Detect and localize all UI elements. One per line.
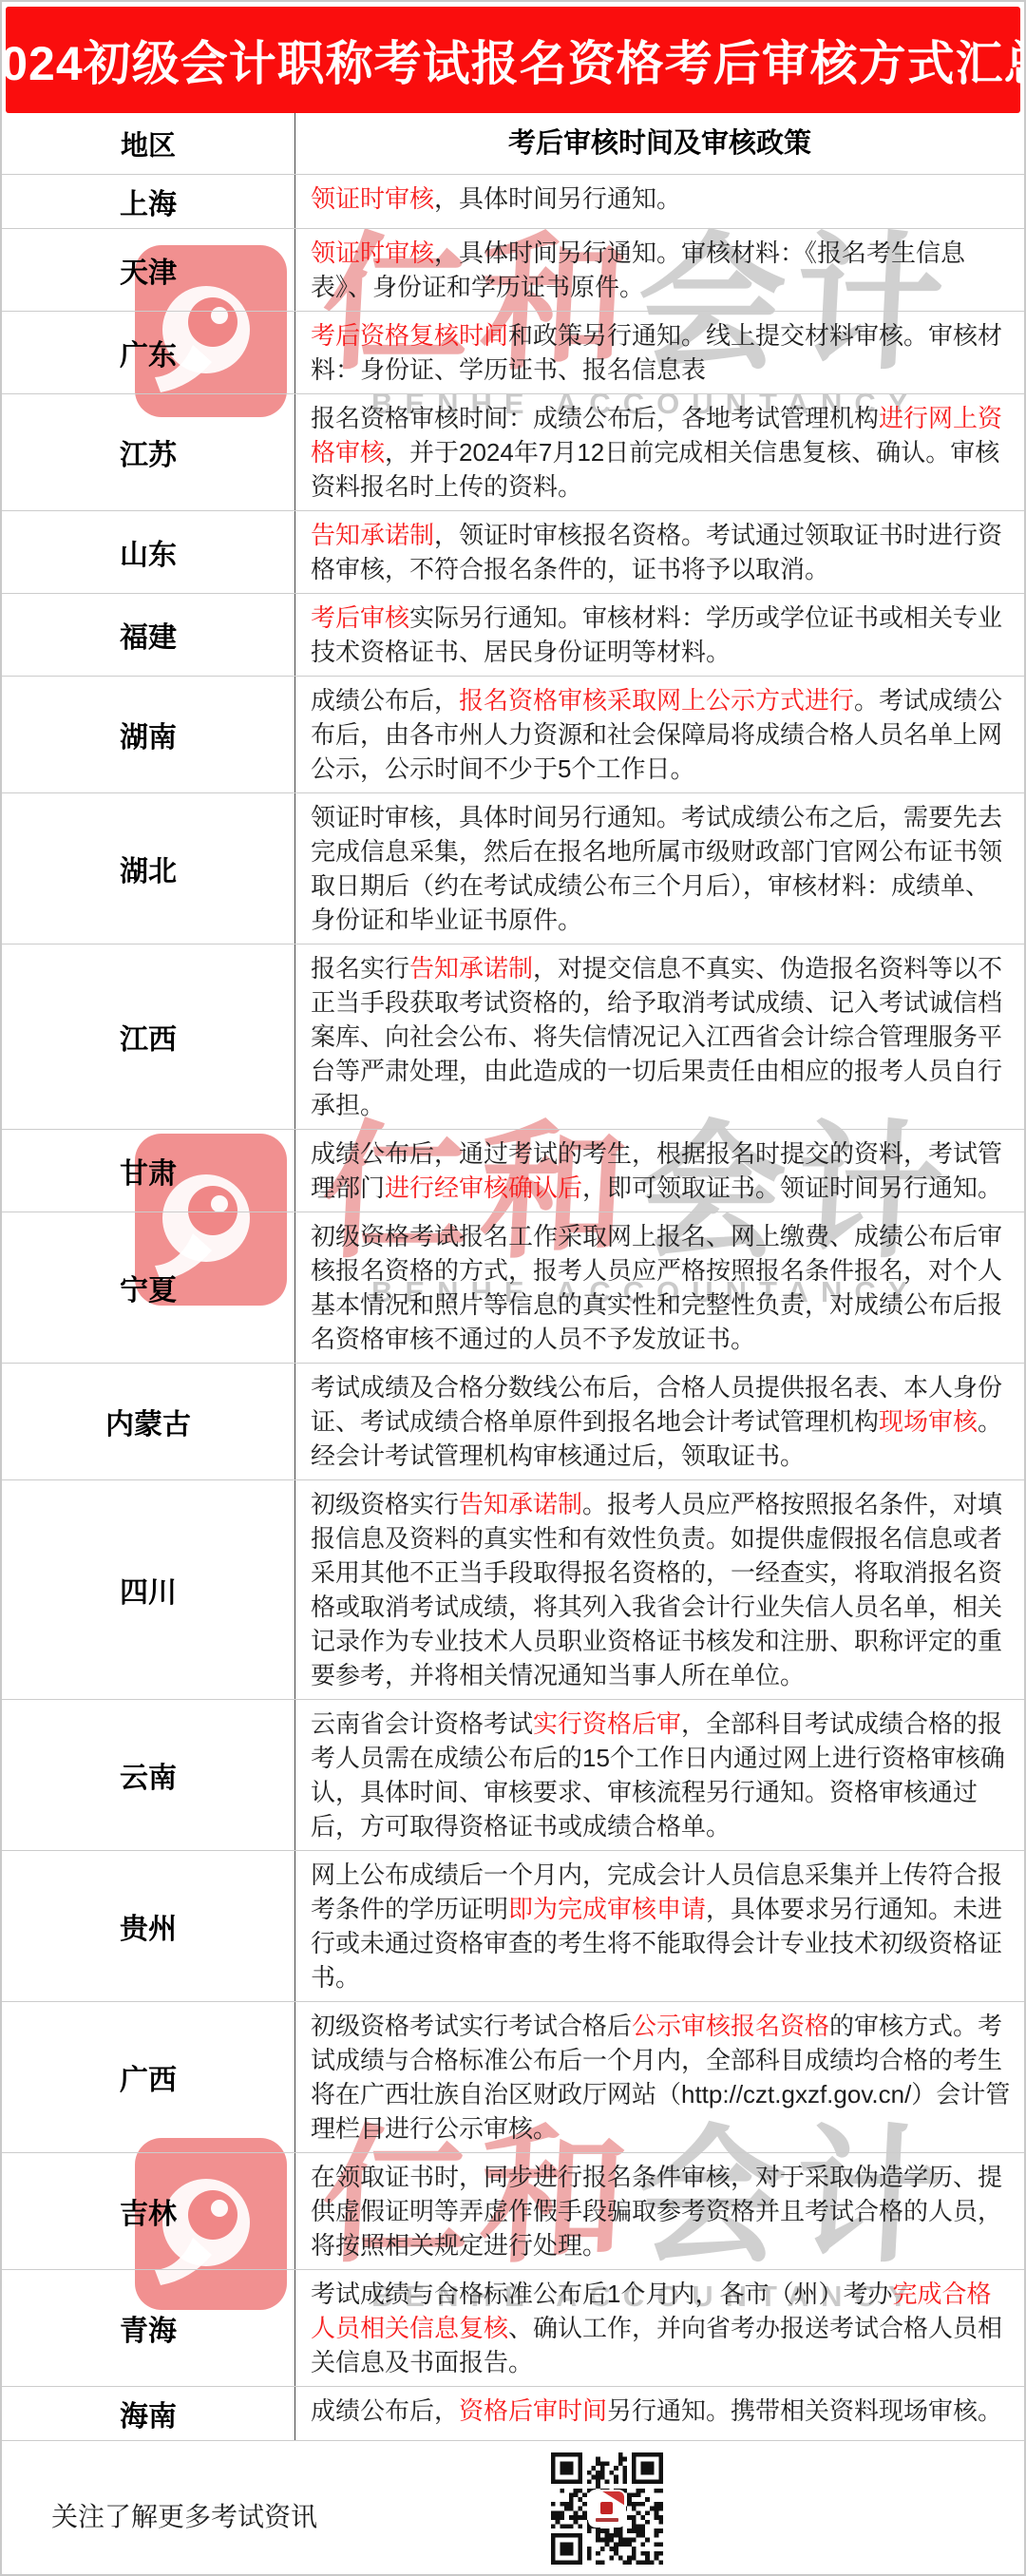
region-cell: 贵州 [2, 1851, 295, 2001]
renhe-app-badge-icon [590, 2491, 624, 2526]
policy-cell: 考试成绩及合格分数线公布后，合格人员提供报名表、本人身份证、考试成绩合格单原件到… [295, 1364, 1024, 1479]
table-row: 江西报名实行告知承诺制，对提交信息不真实、伪造报名资料等以不正当手段获取考试资格… [2, 945, 1024, 1130]
policy-cell: 成绩公布后，通过考试的考生，根据报名时提交的资料，考试管理部门进行经审核确认后，… [295, 1130, 1024, 1212]
policy-text-segment: 初级资格实行 [311, 1490, 459, 1518]
policy-cell: 考后资格复核时间和政策另行通知。线上提交材料审核。审核材料：身份证、学历证书、报… [295, 312, 1024, 393]
table-row: 山东告知承诺制，领证时审核报名资格。考试通过领取证书时进行资格审核，不符合报名条… [2, 511, 1024, 594]
region-cell: 山东 [2, 511, 295, 593]
footer-caption: 关注了解更多考试资讯 [51, 2496, 317, 2534]
policy-cell: 成绩公布后，资格后审时间另行通知。携带相关资料现场审核。 [295, 2387, 1024, 2440]
region-cell: 云南 [2, 1700, 295, 1850]
policy-text-segment: ，并于2024年7月12日前完成相关信患复核、确认。审核资料报名时上传的资料。 [311, 438, 999, 501]
table-row: 海南成绩公布后，资格后审时间另行通知。携带相关资料现场审核。 [2, 2387, 1024, 2441]
policy-text-segment: 报名资格审核时间：成绩公布后，各地考试管理机构 [311, 404, 879, 432]
policy-highlight: 考后审核 [311, 603, 409, 632]
table-row: 广西初级资格考试实行考试合格后公示审核报名资格的审核方式。考试成绩与合格标准公布… [2, 2002, 1024, 2153]
policy-highlight: 领证时审核 [311, 184, 434, 213]
page-title-banner: 2024初级会计职称考试报名资格考后审核方式汇总 [6, 7, 1020, 113]
region-cell: 湖南 [2, 677, 295, 792]
policy-text-segment: 初级资格考试实行考试合格后 [311, 2012, 632, 2040]
policy-text-segment: 成绩公布后， [311, 2396, 459, 2425]
policy-highlight: 实行资格后审 [533, 1709, 681, 1738]
policy-text-segment: 云南省会计资格考试 [311, 1709, 533, 1738]
policy-highlight: 即为完成审核申请 [508, 1895, 706, 1923]
region-cell: 内蒙古 [2, 1364, 295, 1479]
table-row: 内蒙古考试成绩及合格分数线公布后，合格人员提供报名表、本人身份证、考试成绩合格单… [2, 1364, 1024, 1480]
table-body: 上海领证时审核，具体时间另行通知。天津领证时审核，具体时间另行通知。审核材料：《… [2, 175, 1024, 2441]
table-row: 贵州网上公布成绩后一个月内，完成会计人员信息采集并上传符合报考条件的学历证明即为… [2, 1851, 1024, 2002]
region-cell: 江苏 [2, 394, 295, 510]
policy-text-segment: 成绩公布后， [311, 686, 459, 715]
table-row: 江苏报名资格审核时间：成绩公布后，各地考试管理机构进行网上资格审核，并于2024… [2, 394, 1024, 511]
table-row: 四川初级资格实行告知承诺制。报考人员应严格按照报名条件，对填报信息及资料的真实性… [2, 1480, 1024, 1700]
table-row: 吉林在领取证书时，同步进行报名条件审核，对于采取伪造学历、提供虚假证明等弄虚作假… [2, 2153, 1024, 2270]
policy-highlight: 进行经审核确认后 [385, 1174, 582, 1202]
policy-text-segment: 初级资格考试报名工作采取网上报名、网上缴费、成绩公布后审核报名资格的方式，报考人… [311, 1222, 1002, 1353]
table-header-row: 地区 考后审核时间及审核政策 [2, 113, 1024, 175]
region-cell: 江西 [2, 945, 295, 1129]
policy-text-segment: 实际另行通知。审核材料：学历或学位证书或相关专业技术资格证书、居民身份证明等材料… [311, 603, 1002, 666]
policy-highlight: 告知承诺制 [459, 1490, 582, 1518]
policy-highlight: 公示审核报名资格 [632, 2012, 829, 2040]
poster: 仁和会计 BENHE ACCOUNTANCY 仁和会计 BENHE ACCOUN… [0, 0, 1026, 2576]
table-row: 宁夏初级资格考试报名工作采取网上报名、网上缴费、成绩公布后审核报名资格的方式，报… [2, 1212, 1024, 1364]
policy-cell: 领证时审核，具体时间另行通知。 [295, 175, 1024, 228]
policy-cell: 成绩公布后，报名资格审核采取网上公示方式进行。考试成绩公布后，由各市州人力资源和… [295, 677, 1024, 792]
table-row: 青海考试成绩与合格标准公布后1个月内，各市（州）考办完成合格人员相关信息复核、确… [2, 2270, 1024, 2387]
policy-cell: 网上公布成绩后一个月内，完成会计人员信息采集并上传符合报考条件的学历证明即为完成… [295, 1851, 1024, 2001]
policy-text-segment: 报名实行 [311, 954, 409, 983]
region-cell: 上海 [2, 175, 295, 228]
qr-logo-text [596, 2518, 618, 2522]
table-row: 甘肃成绩公布后，通过考试的考生，根据报名时提交的资料，考试管理部门进行经审核确认… [2, 1130, 1024, 1212]
policy-cell: 考后审核实际另行通知。审核材料：学历或学位证书或相关专业技术资格证书、居民身份证… [295, 594, 1024, 676]
table-row: 上海领证时审核，具体时间另行通知。 [2, 175, 1024, 229]
region-cell: 天津 [2, 229, 295, 311]
qr-code-icon [551, 2452, 663, 2565]
policy-text-segment: 在领取证书时，同步进行报名条件审核，对于采取伪造学历、提供虚假证明等弄虚作假手段… [311, 2163, 1002, 2260]
policy-highlight: 报名资格审核采取网上公示方式进行 [459, 686, 854, 715]
table-row: 湖南成绩公布后，报名资格审核采取网上公示方式进行。考试成绩公布后，由各市州人力资… [2, 677, 1024, 793]
policy-cell: 领证时审核，具体时间另行通知。审核材料：《报名考生信息表》、身份证和学历证书原件… [295, 229, 1024, 311]
policy-cell: 初级资格考试实行考试合格后公示审核报名资格的审核方式。考试成绩与合格标准公布后一… [295, 2002, 1024, 2152]
policy-cell: 考试成绩与合格标准公布后1个月内，各市（州）考办完成合格人员相关信息复核、确认工… [295, 2270, 1024, 2386]
region-cell: 吉林 [2, 2153, 295, 2269]
table-row: 云南云南省会计资格考试实行资格后审，全部科目考试成绩合格的报考人员需在成绩公布后… [2, 1700, 1024, 1851]
policy-highlight: 考后资格复核时间 [311, 321, 508, 350]
policy-text-segment: ，即可领取证书。领证时间另行通知。 [582, 1174, 1002, 1202]
table-row: 天津领证时审核，具体时间另行通知。审核材料：《报名考生信息表》、身份证和学历证书… [2, 229, 1024, 312]
policy-cell: 在领取证书时，同步进行报名条件审核，对于采取伪造学历、提供虚假证明等弄虚作假手段… [295, 2153, 1024, 2269]
policy-cell: 云南省会计资格考试实行资格后审，全部科目考试成绩合格的报考人员需在成绩公布后的1… [295, 1700, 1024, 1850]
policy-highlight: 领证时审核 [311, 239, 434, 267]
column-header-region: 地区 [2, 113, 295, 174]
policy-cell: 报名资格审核时间：成绩公布后，各地考试管理机构进行网上资格审核，并于2024年7… [295, 394, 1024, 510]
policy-text-segment: 领证时审核，具体时间另行通知。考试成绩公布之后，需要先去完成信息采集，然后在报名… [311, 803, 1002, 934]
policy-highlight: 现场审核 [879, 1407, 978, 1436]
region-cell: 湖北 [2, 793, 295, 944]
region-cell: 福建 [2, 594, 295, 676]
table-row: 福建考后审核实际另行通知。审核材料：学历或学位证书或相关专业技术资格证书、居民身… [2, 594, 1024, 677]
policy-cell: 报名实行告知承诺制，对提交信息不真实、伪造报名资料等以不正当手段获取考试资格的，… [295, 945, 1024, 1129]
region-cell: 宁夏 [2, 1212, 295, 1363]
footer: 关注了解更多考试资讯 [2, 2441, 1024, 2574]
region-cell: 海南 [2, 2387, 295, 2440]
region-cell: 广东 [2, 312, 295, 393]
policy-text-segment: 考试成绩与合格标准公布后1个月内，各市（州）考办 [311, 2280, 892, 2308]
region-cell: 四川 [2, 1480, 295, 1699]
policy-highlight: 告知承诺制 [311, 521, 434, 549]
qr-logo-badge [600, 2502, 613, 2514]
policy-text-segment: 。报考人员应严格按照报名条件，对填报信息及资料的真实性和有效性负责。如提供虚假报… [311, 1490, 1002, 1689]
policy-text-segment: 另行通知。携带相关资料现场审核。 [607, 2396, 1002, 2425]
policy-cell: 告知承诺制，领证时审核报名资格。考试通过领取证书时进行资格审核，不符合报名条件的… [295, 511, 1024, 593]
policy-highlight: 资格后审时间 [459, 2396, 607, 2425]
table-row: 广东考后资格复核时间和政策另行通知。线上提交材料审核。审核材料：身份证、学历证书… [2, 312, 1024, 394]
review-table: 地区 考后审核时间及审核政策 上海领证时审核，具体时间另行通知。天津领证时审核，… [2, 113, 1024, 2441]
policy-cell: 初级资格考试报名工作采取网上报名、网上缴费、成绩公布后审核报名资格的方式，报考人… [295, 1212, 1024, 1363]
page-title: 2024初级会计职称考试报名资格考后审核方式汇总 [0, 26, 1026, 94]
column-header-policy: 考后审核时间及审核政策 [295, 113, 1024, 174]
region-cell: 甘肃 [2, 1130, 295, 1212]
policy-text-segment: ，具体时间另行通知。 [434, 184, 681, 213]
region-cell: 青海 [2, 2270, 295, 2386]
policy-highlight: 告知承诺制 [409, 954, 533, 983]
policy-cell: 领证时审核，具体时间另行通知。考试成绩公布之后，需要先去完成信息采集，然后在报名… [295, 793, 1024, 944]
region-cell: 广西 [2, 2002, 295, 2152]
table-row: 湖北领证时审核，具体时间另行通知。考试成绩公布之后，需要先去完成信息采集，然后在… [2, 793, 1024, 945]
policy-cell: 初级资格实行告知承诺制。报考人员应严格按照报名条件，对填报信息及资料的真实性和有… [295, 1480, 1024, 1699]
